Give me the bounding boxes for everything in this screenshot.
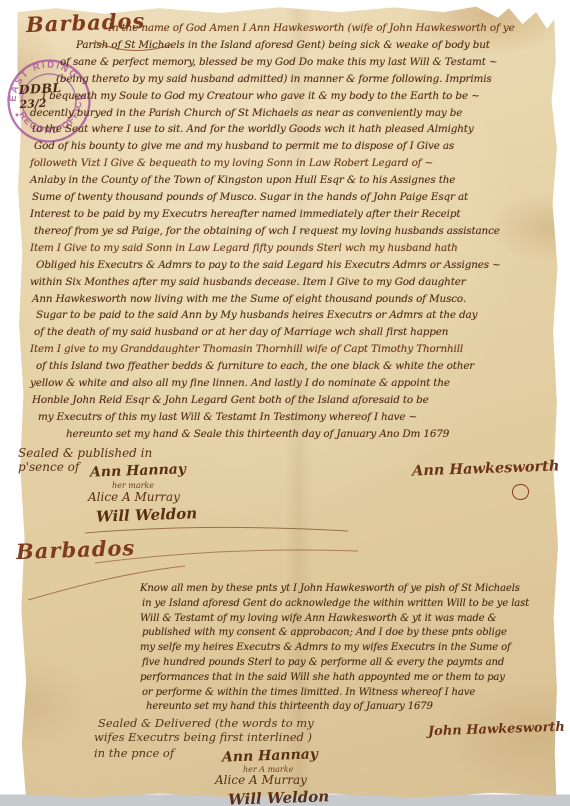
will-line: of this Island two ffeather bedds & furn… (36, 358, 542, 375)
will-line: of sane & perfect memory, blessed be my … (60, 54, 542, 71)
ack-line: performances that in the said Will she h… (140, 671, 550, 686)
will-line: In the name of God Amen I Ann Hawkeswort… (108, 20, 542, 37)
will-line: of the death of my said husband or at he… (34, 324, 542, 341)
will-line: thereof from ye sd Paige, for the obtain… (34, 223, 542, 240)
heading-barbados-2: Barbados (16, 535, 136, 564)
will-line: Obliged his Executrs & Admrs to pay to t… (36, 257, 542, 274)
will-line: Sugar to be paid to the said Ann by My h… (36, 307, 542, 324)
will-line: hereunto set my hand & Seale this thirte… (66, 426, 542, 443)
will-line: yellow & white and also all my fine linn… (30, 375, 542, 392)
will-line: Interest to be paid by my Executrs herea… (30, 206, 542, 223)
will-line: Honble John Reid Esqr & John Legard Gent… (32, 392, 542, 409)
ack-line: or performe & within the times limitted.… (142, 686, 550, 701)
will-line: (being thereto by my said husband admitt… (56, 71, 542, 88)
ack-line: published with my consent & approbacon; … (142, 626, 550, 641)
acknowledgment-body: Know all men by these pnts yt I John Haw… (140, 582, 550, 715)
will-line: within Six Monthes after my said husband… (30, 274, 542, 291)
witness-ann-hannay-2: Ann Hannay (222, 746, 318, 765)
attestation-1-line1: Sealed & published in (18, 446, 152, 460)
witness-ann-hannay-1: Ann Hannay (90, 461, 186, 480)
will-line: Anlaby in the County of the Town of King… (30, 172, 542, 189)
will-line: Item I give to my Granddaughter Thomasin… (30, 341, 542, 358)
will-line: God of his bounty to give me and my husb… (34, 138, 542, 155)
witness-will-weldon-1: Will Weldon (96, 504, 198, 526)
ack-line: Know all men by these pnts yt I John Haw… (140, 582, 550, 597)
will-line: to the Seat where I use to sit. And for … (32, 121, 542, 138)
will-line: Sume of twenty thousand pounds of Musco.… (32, 189, 542, 206)
witness-mark-note-1: her marke (112, 481, 154, 490)
ack-line: five hundred pounds Sterl to pay & perfo… (142, 656, 550, 671)
attestation-2-line2: wifes Executrs being first interlined ) (94, 730, 314, 744)
attestation-2-line1: Sealed & Delivered (the words to my (98, 716, 314, 730)
ack-line: hereunto set my hand this thirteenth day… (146, 700, 550, 715)
witness-alice-murray-2: Alice A Murray (215, 773, 307, 787)
witness-alice-murray-1: Alice A Murray (88, 490, 180, 504)
will-line: Parish of St Michaels in the Island afor… (76, 37, 542, 54)
will-line: my Executrs of this my last Will & Testa… (38, 409, 542, 426)
ack-line: in ye Island aforesd Gent do acknowledge… (142, 597, 550, 612)
will-body: In the name of God Amen I Ann Hawkeswort… (30, 20, 542, 443)
ack-line: my selfe my heires Executrs & Admrs to m… (140, 641, 550, 656)
will-line: decently buryed in the Parish Church of … (30, 105, 542, 122)
photograph-background: EAST RIDING RECORD OFFICE DDBL 23/2 Barb… (0, 0, 570, 806)
ack-line: Will & Testamt of my loving wife Ann Haw… (140, 612, 550, 627)
will-line: Item I Give to my said Sonn in Law Legar… (30, 240, 542, 257)
will-line: I bequeath my Soule to God my Creatour w… (42, 88, 542, 105)
witness-will-weldon-2: Will Weldon (228, 787, 330, 806)
will-line: Ann Hawkesworth now living with me the S… (32, 291, 542, 308)
will-line: followeth Vizt I Give & bequeath to my l… (30, 155, 542, 172)
